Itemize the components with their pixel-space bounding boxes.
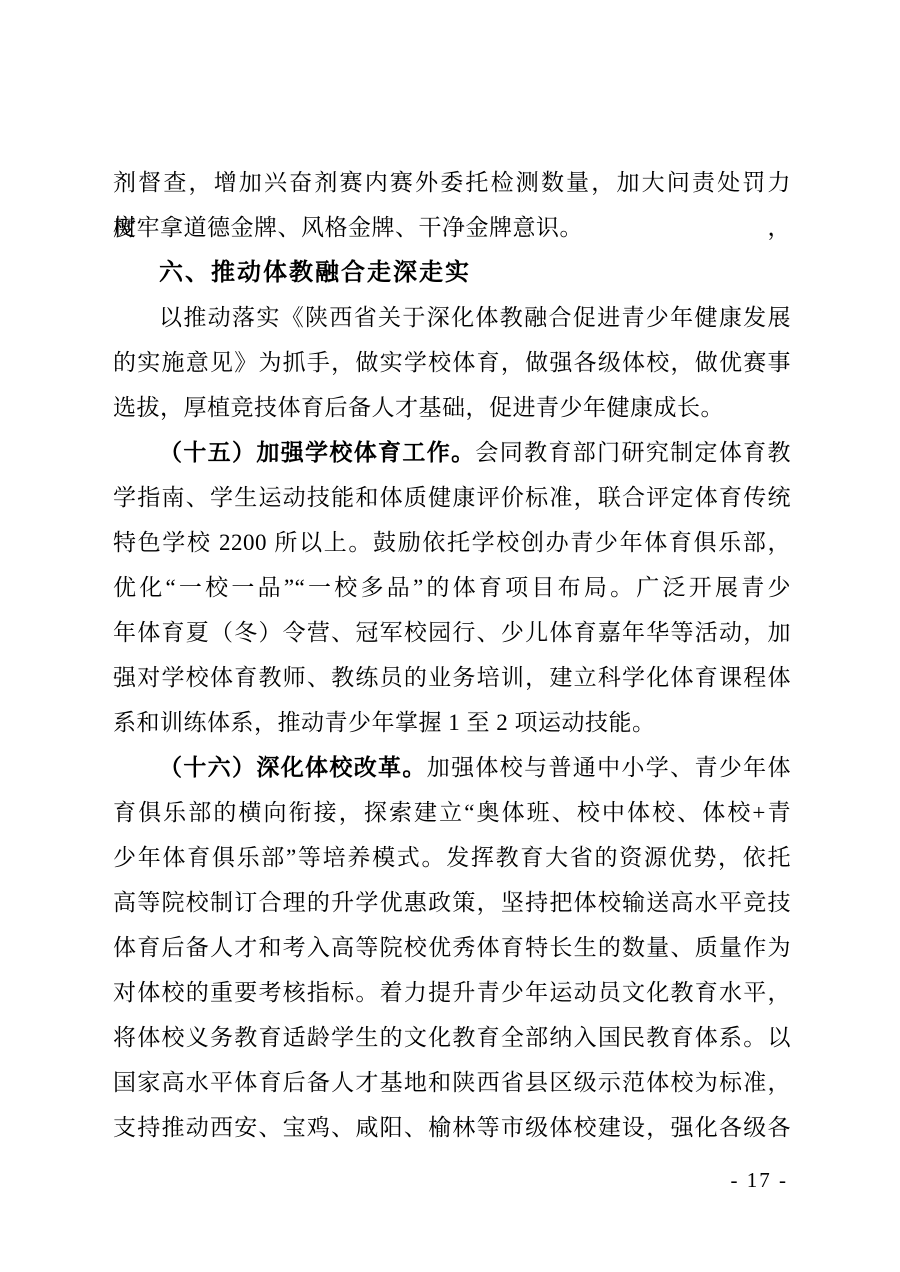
text-line: （十五）加强学校体育工作。会同教育部门研究制定体育教 <box>113 430 791 475</box>
body-text: 支持推动西安、宝鸡、咸阳、榆林等市级体校建设，强化各级各 <box>113 1115 791 1140</box>
page-number: - 17 - <box>731 1168 789 1192</box>
text-line: 特色学校 2200 所以上。鼓励依托学校创办青少年体育俱乐部， <box>113 520 791 565</box>
document-body: 剂督查，增加兴奋剂赛内赛外委托检测数量，加大问责处罚力度，树牢拿道德金牌、风格金… <box>113 160 791 1150</box>
text-line: 强对学校体育教师、教练员的业务培训，建立科学化体育课程体 <box>113 655 791 700</box>
body-text: 的实施意见》为抓手，做实学校体育，做强各级体校，做优赛事 <box>113 350 791 375</box>
body-text: 对体校的重要考核指标。着力提升青少年运动员文化教育水平， <box>113 980 791 1005</box>
body-text: 少年体育俱乐部”等培养模式。发挥教育大省的资源优势，依托 <box>113 845 791 870</box>
body-text: 特色学校 2200 所以上。鼓励依托学校创办青少年体育俱乐部， <box>113 530 791 555</box>
section-heading: 六、推动体教融合走深走实 <box>159 259 471 286</box>
body-text: 树牢拿道德金牌、风格金牌、干净金牌意识。 <box>113 215 583 240</box>
clause-title: （十六）深化体校改革。 <box>159 755 427 780</box>
document-page: 剂督查，增加兴奋剂赛内赛外委托检测数量，加大问责处罚力度，树牢拿道德金牌、风格金… <box>0 0 900 1272</box>
text-line: 年体育夏（冬）令营、冠军校园行、少儿体育嘉年华等活动，加 <box>113 610 791 655</box>
text-line: 高等院校制订合理的升学优惠政策，坚持把体校输送高水平竞技 <box>113 880 791 925</box>
clause-title: （十五）加强学校体育工作。 <box>159 440 475 465</box>
body-text: 系和训练体系，推动青少年掌握 1 至 2 项运动技能。 <box>113 710 656 735</box>
body-text: 强对学校体育教师、教练员的业务培训，建立科学化体育课程体 <box>113 665 791 690</box>
text-line: 以推动落实《陕西省关于深化体教融合促进青少年健康发展 <box>113 295 791 340</box>
text-line: 育俱乐部的横向衔接，探索建立“奥体班、校中体校、体校+青 <box>113 790 791 835</box>
text-line: 系和训练体系，推动青少年掌握 1 至 2 项运动技能。 <box>113 700 791 745</box>
text-line: （十六）深化体校改革。加强体校与普通中小学、青少年体 <box>113 745 791 790</box>
body-text: 国家高水平体育后备人才基地和陕西省县区级示范体校为标准， <box>113 1070 791 1095</box>
body-text: 年体育夏（冬）令营、冠军校园行、少儿体育嘉年华等活动，加 <box>113 620 791 645</box>
text-line: 的实施意见》为抓手，做实学校体育，做强各级体校，做优赛事 <box>113 340 791 385</box>
body-text: 育俱乐部的横向衔接，探索建立“奥体班、校中体校、体校+青 <box>113 800 791 825</box>
text-line: 支持推动西安、宝鸡、咸阳、榆林等市级体校建设，强化各级各 <box>113 1105 791 1150</box>
body-text: 体育后备人才和考入高等院校优秀体育特长生的数量、质量作为 <box>113 935 791 960</box>
text-line: 对体校的重要考核指标。着力提升青少年运动员文化教育水平， <box>113 970 791 1015</box>
text-line: 学指南、学生运动技能和体质健康评价标准，联合评定体育传统 <box>113 475 791 520</box>
body-text: 学指南、学生运动技能和体质健康评价标准，联合评定体育传统 <box>113 485 791 510</box>
text-line: 体育后备人才和考入高等院校优秀体育特长生的数量、质量作为 <box>113 925 791 970</box>
text-line: 国家高水平体育后备人才基地和陕西省县区级示范体校为标准， <box>113 1060 791 1105</box>
text-line: 将体校义务教育适龄学生的文化教育全部纳入国民教育体系。以 <box>113 1015 791 1060</box>
body-text: 选拔，厚植竞技体育后备人才基础，促进青少年健康成长。 <box>113 395 724 420</box>
body-text: 会同教育部门研究制定体育教 <box>475 440 791 465</box>
text-line: 少年体育俱乐部”等培养模式。发挥教育大省的资源优势，依托 <box>113 835 791 880</box>
body-text: 优化“一校一品”“一校多品”的体育项目布局。广泛开展青少 <box>113 575 791 600</box>
body-text: 加强体校与普通中小学、青少年体 <box>427 755 791 780</box>
body-text: 以推动落实《陕西省关于深化体教融合促进青少年健康发展 <box>159 305 791 330</box>
body-text: 将体校义务教育适龄学生的文化教育全部纳入国民教育体系。以 <box>113 1025 791 1050</box>
body-text: 高等院校制订合理的升学优惠政策，坚持把体校输送高水平竞技 <box>113 890 791 915</box>
text-line: 剂督查，增加兴奋剂赛内赛外委托检测数量，加大问责处罚力度， <box>113 160 791 205</box>
text-line: 六、推动体教融合走深走实 <box>113 250 791 295</box>
text-line: 选拔，厚植竞技体育后备人才基础，促进青少年健康成长。 <box>113 385 791 430</box>
text-line: 优化“一校一品”“一校多品”的体育项目布局。广泛开展青少 <box>113 565 791 610</box>
page-footer: - 17 - <box>731 1168 789 1193</box>
